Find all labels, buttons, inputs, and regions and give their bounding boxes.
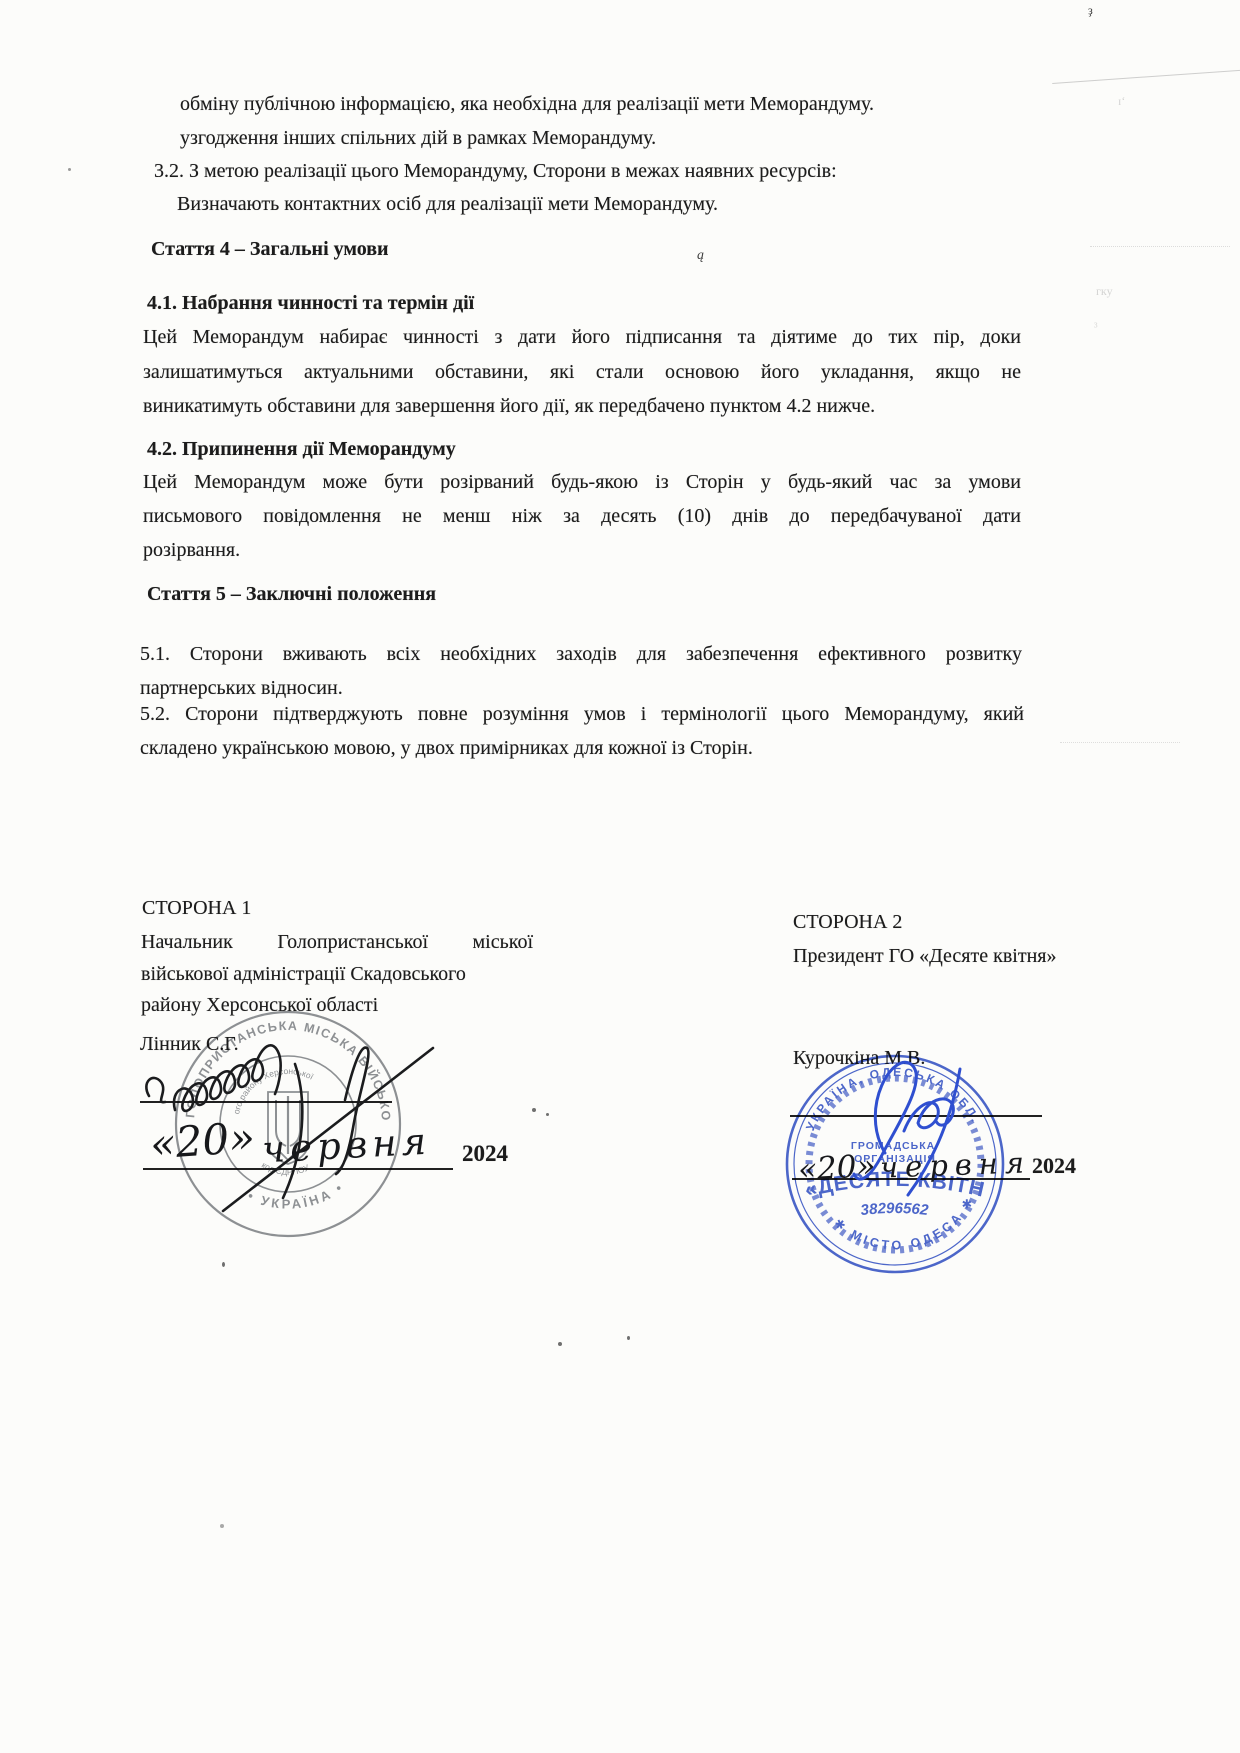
scan-dots-artifact xyxy=(1060,742,1180,743)
scan-mark: ą xyxy=(697,248,704,264)
party2-year: 2024 xyxy=(1032,1153,1076,1179)
ink-speck xyxy=(220,1524,224,1528)
section-4-2-line: Цей Меморандум може бути розірваний будь… xyxy=(143,470,1021,495)
section-4-1-line: виникатимуть обставини для завершення йо… xyxy=(143,394,875,419)
clause-5-2-line: 5.2. Сторони підтверджують повне розумін… xyxy=(140,702,1024,727)
ink-speck xyxy=(222,1262,225,1267)
clause-3-2-sub: Визначають контактних осіб для реалізаці… xyxy=(177,192,718,217)
party1-handwritten-day: «20» xyxy=(148,1112,256,1168)
article4-title: Стаття 4 – Загальні умови xyxy=(151,237,389,262)
party1-year: 2024 xyxy=(462,1141,508,1167)
article5-title: Стаття 5 – Заключні положення xyxy=(147,582,436,607)
party2-handwritten-day: «20» xyxy=(797,1148,876,1188)
section-4-2-title: 4.2. Припинення дії Меморандуму xyxy=(147,437,456,462)
ink-speck xyxy=(532,1108,536,1112)
scan-line-artifact xyxy=(1052,69,1240,84)
party1-handwritten-month: червня xyxy=(261,1120,432,1172)
party1-role-line: Начальник Голопристанської міської xyxy=(141,930,533,955)
intro-line-1: обміну публічною інформацією, яка необхі… xyxy=(180,92,874,117)
section-4-1-line: залишатимуться актуальними обставини, як… xyxy=(143,360,1021,385)
party2-role: Президент ГО «Десяте квітня» xyxy=(793,944,1057,969)
ink-speck xyxy=(627,1336,630,1340)
scanned-document-page: обміну публічною інформацією, яка необхі… xyxy=(0,0,1240,1753)
clause-5-1-line: партнерських відносин. xyxy=(140,676,343,701)
ink-speck xyxy=(68,168,71,171)
scan-dots-artifact xyxy=(1090,246,1230,247)
scan-mark: ҙ xyxy=(1088,3,1093,18)
clause-5-1-line: 5.1. Сторони вживають всіх необхідних за… xyxy=(140,642,1022,667)
section-4-2-line: письмового повідомлення не менш ніж за д… xyxy=(143,504,1021,529)
ink-speck xyxy=(558,1342,562,1346)
section-4-1-title: 4.1. Набрання чинності та термін дії xyxy=(147,291,474,316)
scan-mark: гку xyxy=(1096,284,1113,299)
scan-mark: ɪʻ xyxy=(1118,94,1125,109)
scan-mark: ³ xyxy=(1094,320,1098,335)
party2-handwritten-month: червня xyxy=(879,1145,1031,1184)
ink-speck xyxy=(546,1113,549,1116)
section-4-1-line: Цей Меморандум набирає чинності з дати й… xyxy=(143,325,1021,350)
clause-5-2-line: складено українською мовою, у двох примі… xyxy=(140,736,753,761)
intro-line-2: узгодження інших спільних дій в рамках М… xyxy=(180,126,656,151)
clause-3-2: 3.2. З метою реалізації цього Меморандум… xyxy=(154,159,837,184)
party1-role-line: військової адміністрації Скадовського xyxy=(141,962,466,987)
section-4-2-line: розірвання. xyxy=(143,538,240,563)
party2-label: СТОРОНА 2 xyxy=(793,910,902,935)
party1-label: СТОРОНА 1 xyxy=(142,896,251,921)
